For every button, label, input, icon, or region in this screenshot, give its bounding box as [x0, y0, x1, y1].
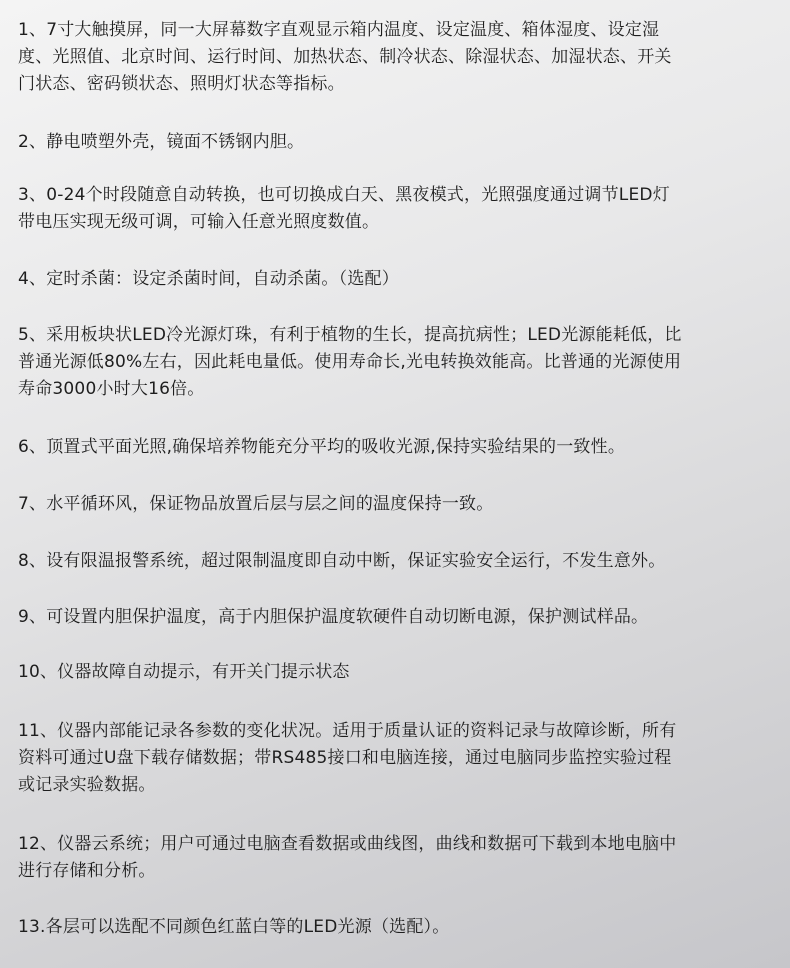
feature-6-line-1: 6、顶置式平面光照,确保培养物能充分平均的吸收光源,保持实验结果的一致性。	[18, 434, 625, 461]
feature-9-line-1: 9、可设置内胆保护温度，高于内胆保护温度软硬件自动切断电源，保护测试样品。	[18, 604, 648, 631]
feature-1-line-3: 门状态、密码锁状态、照明灯状态等指标。	[18, 71, 672, 98]
feature-item-9: 9、可设置内胆保护温度，高于内胆保护温度软硬件自动切断电源，保护测试样品。	[18, 604, 648, 631]
feature-5-line-2: 普通光源低80%左右，因此耗电量低。使用寿命长,光电转换效能高。比普通的光源使用	[18, 349, 682, 376]
feature-11-line-2: 资料可通过U盘下载存储数据；带RS485接口和电脑连接，通过电脑同步监控实验过程	[18, 745, 676, 772]
feature-item-7: 7、水平循环风，保证物品放置后层与层之间的温度保持一致。	[18, 491, 493, 518]
feature-2-line-1: 2、静电喷塑外壳，镜面不锈钢内胆。	[18, 129, 304, 156]
feature-5-line-1: 5、采用板块状LED冷光源灯珠，有利于植物的生长，提高抗病性；LED光源能耗低，…	[18, 322, 682, 349]
feature-3-line-2: 带电压实现无级可调，可输入任意光照度数值。	[18, 209, 670, 236]
feature-13-line-1: 13.各层可以选配不同颜色红蓝白等的LED光源（选配）。	[18, 914, 449, 941]
feature-5-line-3: 寿命3000小时大16倍。	[18, 376, 682, 403]
feature-item-11: 11、仪器内部能记录各参数的变化状况。适用于质量认证的资料记录与故障诊断，所有 …	[18, 718, 676, 799]
feature-12-line-1: 12、仪器云系统；用户可通过电脑查看数据或曲线图，曲线和数据可下载到本地电脑中	[18, 831, 676, 858]
feature-11-line-3: 或记录实验数据。	[18, 772, 676, 799]
feature-7-line-1: 7、水平循环风，保证物品放置后层与层之间的温度保持一致。	[18, 491, 493, 518]
feature-item-6: 6、顶置式平面光照,确保培养物能充分平均的吸收光源,保持实验结果的一致性。	[18, 434, 625, 461]
feature-11-line-1: 11、仪器内部能记录各参数的变化状况。适用于质量认证的资料记录与故障诊断，所有	[18, 718, 676, 745]
feature-item-13: 13.各层可以选配不同颜色红蓝白等的LED光源（选配）。	[18, 914, 449, 941]
feature-12-line-2: 进行存储和分析。	[18, 858, 676, 885]
feature-item-12: 12、仪器云系统；用户可通过电脑查看数据或曲线图，曲线和数据可下载到本地电脑中 …	[18, 831, 676, 885]
feature-item-3: 3、0-24个时段随意自动转换，也可切换成白天、黑夜模式，光照强度通过调节LED…	[18, 182, 670, 236]
feature-4-line-1: 4、定时杀菌：设定杀菌时间，自动杀菌。（选配）	[18, 266, 399, 293]
feature-1-line-2: 度、光照值、北京时间、运行时间、加热状态、制冷状态、除湿状态、加湿状态、开关	[18, 44, 672, 71]
feature-8-line-1: 8、设有限温报警系统，超过限制温度即自动中断，保证实验安全运行，不发生意外。	[18, 548, 665, 575]
feature-item-4: 4、定时杀菌：设定杀菌时间，自动杀菌。（选配）	[18, 266, 399, 293]
feature-1-line-1: 1、7寸大触摸屏，同一大屏幕数字直观显示箱内温度、设定温度、箱体湿度、设定湿	[18, 17, 672, 44]
feature-item-5: 5、采用板块状LED冷光源灯珠，有利于植物的生长，提高抗病性；LED光源能耗低，…	[18, 322, 682, 403]
feature-item-2: 2、静电喷塑外壳，镜面不锈钢内胆。	[18, 129, 304, 156]
feature-3-line-1: 3、0-24个时段随意自动转换，也可切换成白天、黑夜模式，光照强度通过调节LED…	[18, 182, 670, 209]
feature-item-10: 10、仪器故障自动提示，有开关门提示状态	[18, 659, 350, 686]
feature-item-1: 1、7寸大触摸屏，同一大屏幕数字直观显示箱内温度、设定温度、箱体湿度、设定湿 度…	[18, 17, 672, 98]
feature-item-8: 8、设有限温报警系统，超过限制温度即自动中断，保证实验安全运行，不发生意外。	[18, 548, 665, 575]
feature-10-line-1: 10、仪器故障自动提示，有开关门提示状态	[18, 659, 350, 686]
